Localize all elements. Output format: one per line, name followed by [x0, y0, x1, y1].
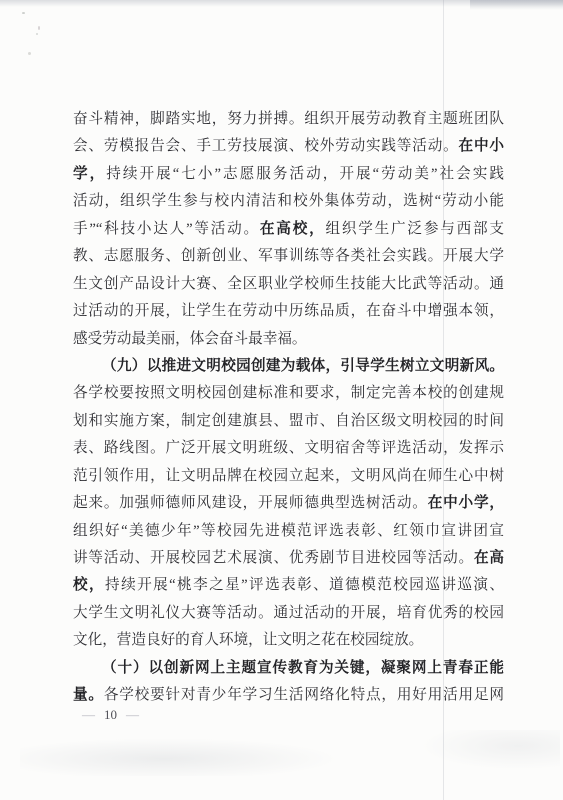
- body-text: 范引领作用，让文明品牌在校园立起来，文明风尚在师生心中树: [73, 468, 504, 484]
- text-line: （九）以推进文明校园创建为载体，引导学生树立文明新风。: [73, 353, 504, 380]
- text-line: 生文创产品设计大赛、全区职业学校师生技能大比武等活动。通: [73, 271, 504, 298]
- scanned-document-page: 奋斗精神，脚踏实地，努力拼搏。组织开展劳动教育主题班团队会、劳模报告会、手工劳技…: [0, 0, 563, 800]
- text-line: 起来。加强师德师风建设，开展师德典型选树活动。在中小学，: [73, 490, 504, 517]
- text-line: 范引领作用，让文明品牌在校园立起来，文明风尚在师生心中树: [73, 463, 504, 490]
- text-line: 组织好“美德少年”等校园先进模范评选表彰、红领巾宣讲团宣: [73, 518, 504, 545]
- body-text: 文化，营造良好的育人环境，让文明之花在校园绽放。: [73, 632, 423, 648]
- body-text: 过活动的开展，让学生在劳动中历练品质，在奋斗中增强本领，: [73, 303, 504, 319]
- text-line: 学，持续开展“七小”志愿服务活动，开展“劳动美”社会实践: [73, 161, 504, 188]
- body-text: 讲等活动、开展校园艺术展演、优秀剧节目进校园等活动。: [73, 550, 474, 566]
- scan-edge-artifact-right: [470, 0, 563, 10]
- body-text: 划和实施方案，制定创建旗县、盟市、自治区级文明校园的时间: [73, 413, 504, 429]
- text-line: 感受劳动最美丽，体会奋斗最幸福。: [73, 326, 504, 353]
- body-text: 生文创产品设计大赛、全区职业学校师生技能大比武等活动。通: [73, 276, 504, 292]
- text-line: 过活动的开展，让学生在劳动中历练品质，在奋斗中增强本领，: [73, 298, 504, 325]
- speck-artifact: [22, 12, 25, 14]
- text-line: 奋斗精神，脚踏实地，努力拼搏。组织开展劳动教育主题班团队: [73, 106, 504, 133]
- smudge-artifact: [420, 730, 560, 770]
- emphasis-text: 学，: [73, 166, 106, 182]
- emphasis-text: 校，: [73, 577, 105, 593]
- text-line: 讲等活动、开展校园艺术展演、优秀剧节目进校园等活动。在高: [73, 545, 504, 572]
- text-line: 校，持续开展“桃李之星”评选表彰、道德模范校园巡讲巡演、: [73, 572, 504, 599]
- body-text: 持续开展“桃李之星”评选表彰、道德模范校园巡讲巡演、: [105, 577, 504, 593]
- text-line: 表、路线图。广泛开展文明班级、文明宿舍等评选活动，发挥示: [73, 435, 504, 462]
- footer-dash-left: —: [82, 707, 95, 723]
- speck-artifact: [28, 52, 31, 55]
- document-text: 奋斗精神，脚踏实地，努力拼搏。组织开展劳动教育主题班团队会、劳模报告会、手工劳技…: [73, 106, 504, 710]
- text-line: （十）以创新网上主题宣传教育为关键，凝聚网上青春正能: [73, 655, 504, 682]
- text-line: 各学校要按照文明校园创建标准和要求，制定完善本校的创建规: [73, 380, 504, 407]
- text-line: 量。各学校要针对青少年学习生活网络化特点，用好用活用足网: [73, 682, 504, 709]
- text-line: 教、志愿服务、创新创业、军事训练等各类社会实践。开展大学: [73, 243, 504, 270]
- emphasis-text: 在高: [474, 550, 504, 566]
- text-line: 大学生文明礼仪大赛等活动。通过活动的开展，培育优秀的校园: [73, 600, 504, 627]
- emphasis-text: 在中小学，: [428, 495, 504, 511]
- body-text: 组织好“美德少年”等校园先进模范评选表彰、红领巾宣讲团宣: [73, 523, 504, 539]
- footer-dash-right: —: [126, 707, 139, 723]
- speck-artifact: [36, 33, 38, 35]
- text-line: 划和实施方案，制定创建旗县、盟市、自治区级文明校园的时间: [73, 408, 504, 435]
- body-text: 各学校要针对青少年学习生活网络化特点，用好用活用足网: [104, 687, 504, 703]
- text-line: 活动，组织学生参与校内清洁和校外集体劳动，选树“劳动小能: [73, 188, 504, 215]
- body-text: 活动，组织学生参与校内清洁和校外集体劳动，选树“劳动小能: [73, 193, 504, 209]
- page-footer: — 10 —: [82, 707, 139, 723]
- body-text: 奋斗精神，脚踏实地，努力拼搏。组织开展劳动教育主题班团队: [73, 111, 504, 127]
- emphasis-text: 量。: [73, 687, 104, 703]
- emphasis-text: 在中小: [459, 138, 504, 154]
- body-text: 手”“科技小达人”等活动。: [73, 221, 260, 237]
- body-text: 持续开展“七小”志愿服务活动，开展“劳动美”社会实践: [106, 166, 504, 182]
- body-text: 组织学生广泛参与西部支: [325, 221, 504, 237]
- smudge-artifact: [20, 738, 340, 776]
- emphasis-text: （十）以创新网上主题宣传教育为关键，凝聚网上青春正能: [102, 660, 504, 676]
- body-text: 教、志愿服务、创新创业、军事训练等各类社会实践。开展大学: [73, 248, 504, 264]
- text-line: 会、劳模报告会、手工劳技展演、校外劳动实践等活动。在中小: [73, 133, 504, 160]
- body-text: 表、路线图。广泛开展文明班级、文明宿舍等评选活动，发挥示: [73, 440, 504, 456]
- body-text: 各学校要按照文明校园创建标准和要求，制定完善本校的创建规: [73, 385, 504, 401]
- body-text: 感受劳动最美丽，体会奋斗最幸福。: [73, 331, 307, 347]
- emphasis-text: 在高校，: [260, 221, 326, 237]
- body-text: 起来。加强师德师风建设，开展师德典型选树活动。: [73, 495, 428, 511]
- body-text: 会、劳模报告会、手工劳技展演、校外劳动实践等活动。: [73, 138, 459, 154]
- speck-artifact: [38, 26, 40, 30]
- text-line: 手”“科技小达人”等活动。在高校，组织学生广泛参与西部支: [73, 216, 504, 243]
- emphasis-text: （九）以推进文明校园创建为载体，引导学生树立文明新风。: [102, 358, 504, 374]
- text-line: 文化，营造良好的育人环境，让文明之花在校园绽放。: [73, 627, 504, 654]
- page-number: 10: [104, 707, 117, 723]
- body-text: 大学生文明礼仪大赛等活动。通过活动的开展，培育优秀的校园: [73, 605, 504, 621]
